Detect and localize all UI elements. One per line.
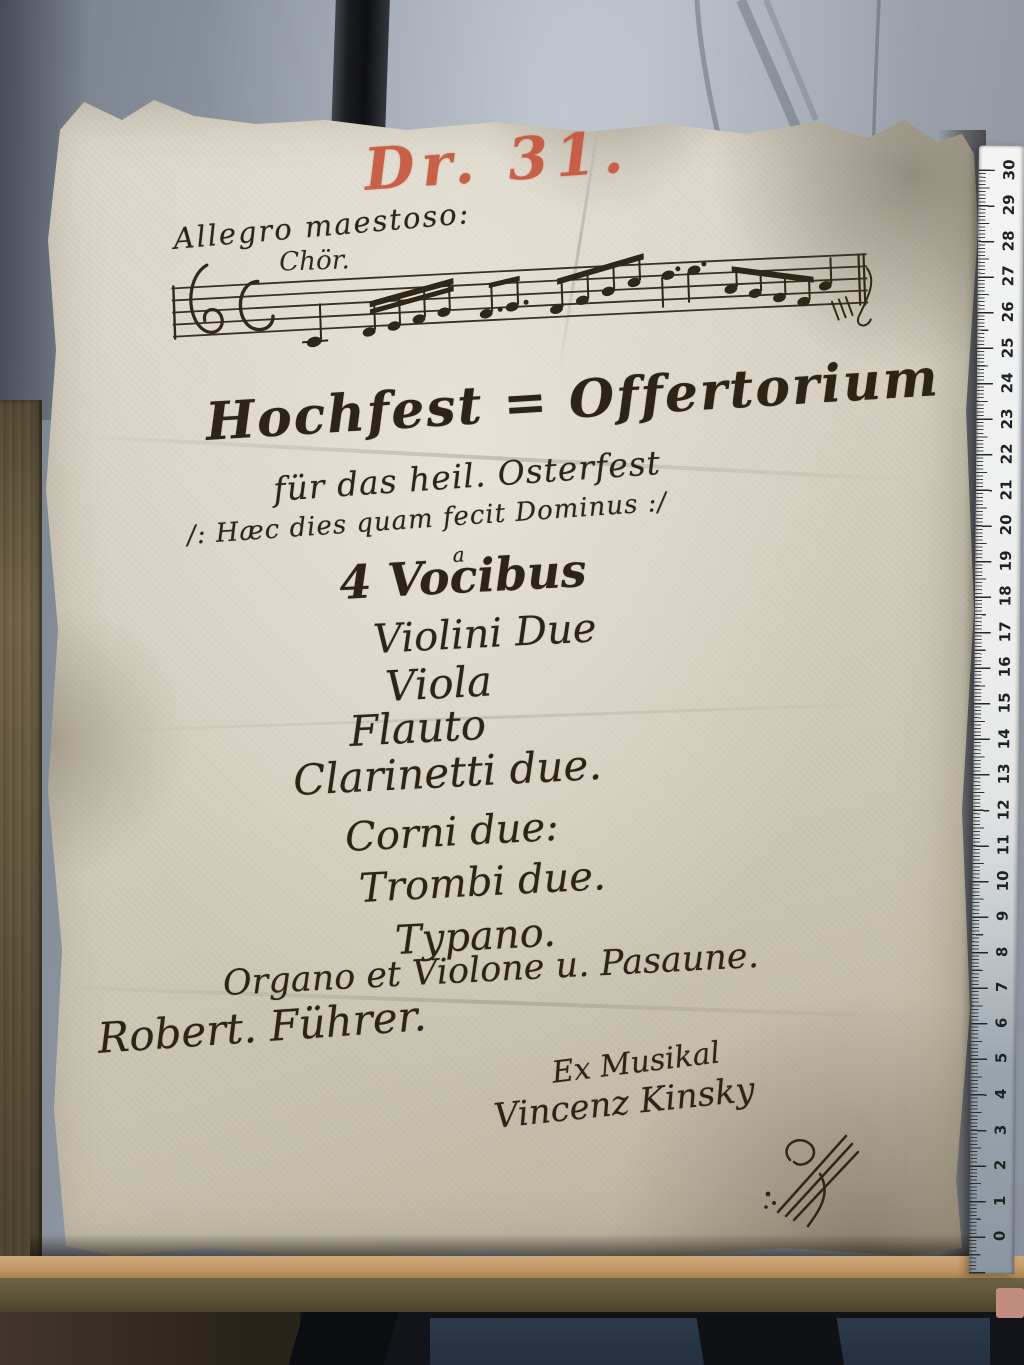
photo-scene: Dr. 31. Allegro maestoso: Chör. [0, 0, 1024, 1365]
stand-leg [288, 1312, 398, 1365]
staff-label: Chör. [279, 245, 350, 277]
ruler-number: 7 [987, 969, 1017, 1005]
ruler-number: 11 [988, 827, 1018, 863]
notes [299, 247, 833, 348]
ruler-number: 28 [993, 223, 1023, 259]
ruler-number: 20 [991, 507, 1021, 543]
ruler-number: 5 [986, 1040, 1016, 1076]
ruler-number: 9 [987, 898, 1017, 934]
ruler-number: 8 [987, 934, 1017, 970]
ruler-number: 26 [992, 294, 1022, 330]
ruler-number: 27 [993, 258, 1023, 294]
ruler-number: 14 [989, 720, 1019, 756]
ruler-number: 0 [984, 1218, 1014, 1254]
wooden-board-left [0, 400, 42, 1260]
stand-leg [696, 1314, 844, 1365]
ruler-number: 22 [991, 436, 1021, 472]
voices-superscript: a [452, 542, 465, 567]
ruler-number: 30 [994, 152, 1024, 188]
ruler-number: 10 [987, 863, 1017, 899]
ruler-number: 25 [992, 329, 1022, 365]
floor [0, 1312, 300, 1365]
ruler-number: 15 [989, 685, 1019, 721]
ruler-number: 12 [988, 792, 1018, 828]
staff-lines [171, 254, 868, 337]
wall-corner-shadow [766, 0, 816, 120]
ruler-number: 6 [986, 1005, 1016, 1041]
signature-flourish [760, 1116, 872, 1232]
flourish-strokes [778, 1136, 858, 1226]
ruler-number: 3 [985, 1111, 1015, 1147]
background-object [996, 1288, 1024, 1318]
ruler-number: 21 [991, 472, 1021, 508]
shelf-top-edge [0, 1256, 1024, 1278]
paper-crease [102, 703, 882, 733]
ruler-number: 4 [986, 1076, 1016, 1112]
ruler-number: 17 [990, 614, 1020, 650]
ruler-number: 24 [992, 365, 1022, 401]
ruler-number: 19 [990, 543, 1020, 579]
ruler-number: 18 [990, 578, 1020, 614]
ruler-number: 1 [985, 1183, 1015, 1219]
ruler-number: 29 [993, 187, 1023, 223]
ruler-number: 23 [991, 401, 1021, 437]
shelf-front [0, 1278, 1024, 1314]
ink-dots [764, 1192, 776, 1209]
ruler-number: 13 [988, 756, 1018, 792]
ruler-number: 2 [985, 1147, 1015, 1183]
ruler-number: 16 [989, 649, 1019, 685]
